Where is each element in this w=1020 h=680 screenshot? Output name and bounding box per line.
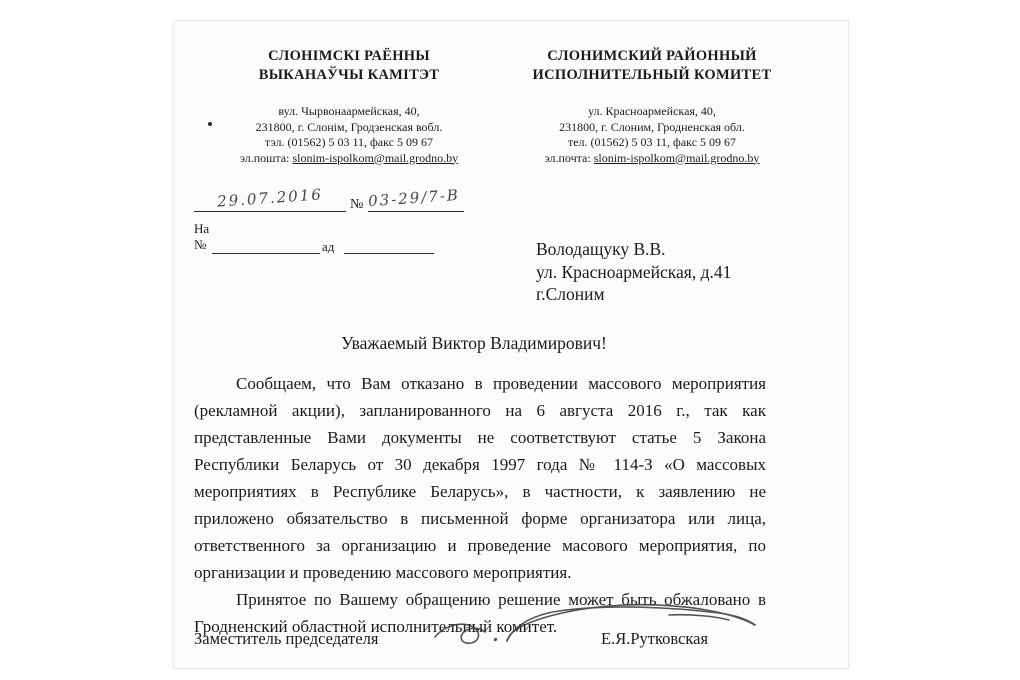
salutation: Уважаемый Виктор Владимирович! [194,333,754,354]
handwritten-date: 29.07.2016 [217,185,324,210]
number-sign: № [350,197,363,213]
date-blank-line: 29.07.2016 [194,189,346,212]
signer-name: Е.Я.Рутковская [601,629,708,649]
ad-label: ад [322,239,334,255]
address-street: вул. Чырвонаармейская, 40, [184,104,514,120]
body-paragraph-1: Сообщаем, что Вам отказано в проведении … [194,370,766,586]
address-street: ул. Красноармейская, 40, [476,104,828,120]
number-blank-line: 03-29/7-В [368,189,464,212]
scanned-letter: СЛОНІМСКІ РАЁННЫ ВЫКАНАЎЧЫ КАМІТЭТ вул. … [0,0,1020,680]
address-city: 231800, г. Слоним, Гродненская обл. [476,120,828,136]
recipient-street: ул. Красноармейская, д.41 [536,261,731,284]
letter-page: СЛОНІМСКІ РАЁННЫ ВЫКАНАЎЧЫ КАМІТЭТ вул. … [173,20,849,669]
address-phone: тэл. (01562) 5 03 11, факс 5 09 67 [184,135,514,151]
email-label: эл.почта: [545,151,594,165]
letterhead-russian: СЛОНИМСКИЙ РАЙОННЫЙ ИСПОЛНИТЕЛЬНЫЙ КОМИТ… [476,47,828,166]
org-title-russian: СЛОНИМСКИЙ РАЙОННЫЙ ИСПОЛНИТЕЛЬНЫЙ КОМИТ… [476,47,828,85]
signer-position: Заместитель председателя [194,629,378,649]
letterhead-belarusian: СЛОНІМСКІ РАЁННЫ ВЫКАНАЎЧЫ КАМІТЭТ вул. … [184,47,514,166]
org-title-belarusian: СЛОНІМСКІ РАЁННЫ ВЫКАНАЎЧЫ КАМІТЭТ [184,47,514,85]
org-title-line2: ИСПОЛНИТЕЛЬНЫЙ КОМИТЕТ [476,66,828,85]
signature-flourish [429,599,759,651]
address-city: 231800, г. Слонім, Гродзенская вобл. [184,120,514,136]
org-address-belarusian: вул. Чырвонаармейская, 40, 231800, г. Сл… [184,104,514,166]
na-label: На [194,221,209,237]
email-address: slonim-ispolkom@mail.grodno.by [594,151,760,165]
scan-dot-artifact [208,122,212,126]
address-email-line: эл.почта: slonim-ispolkom@mail.grodno.by [476,151,828,167]
recipient-name: Володащуку В.В. [536,238,731,261]
address-email-line: эл.пошта: slonim-ispolkom@mail.grodno.by [184,151,514,167]
recipient-city: г.Слоним [536,283,731,306]
email-address: slonim-ispolkom@mail.grodno.by [292,151,458,165]
org-title-line1: СЛОНИМСКИЙ РАЙОННЫЙ [476,47,828,66]
org-title-line1: СЛОНІМСКІ РАЁННЫ [184,47,514,66]
org-address-russian: ул. Красноармейская, 40, 231800, г. Слон… [476,104,828,166]
incoming-date-blank-line [344,235,434,254]
incoming-number-blank-line [212,235,320,254]
address-phone: тел. (01562) 5 03 11, факс 5 09 67 [476,135,828,151]
email-label: эл.пошта: [240,151,293,165]
org-title-line2: ВЫКАНАЎЧЫ КАМІТЭТ [184,66,514,85]
recipient-block: Володащуку В.В. ул. Красноармейская, д.4… [536,238,731,306]
handwritten-number: 03-29/7-В [367,186,460,210]
incoming-number-sign: № [194,237,206,253]
